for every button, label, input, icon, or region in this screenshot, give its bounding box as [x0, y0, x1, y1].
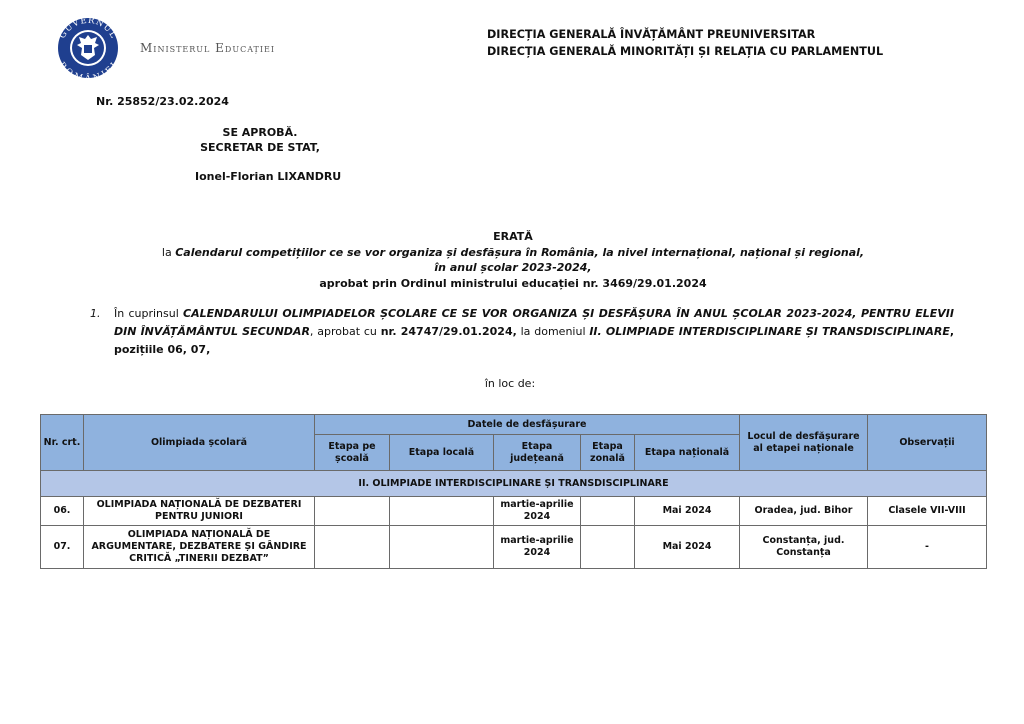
directorate-minoritati: DIRECȚIA GENERALĂ MINORITĂȚI ȘI RELAȚIA … [487, 45, 883, 58]
title-line-1: la Calendarul competițiilor ce se vor or… [40, 245, 986, 261]
header-observatii: Observații [868, 415, 987, 471]
government-seal-logo: GUVERNUL ROMÂNIEI [52, 17, 124, 79]
olympiad-calendar-table: Nr. crt. Olimpiada școlară Datele de des… [40, 414, 987, 569]
header-olimpiada: Olimpiada școlară [84, 415, 315, 471]
section-row: II. OLIMPIADE INTERDISCIPLINARE ȘI TRANS… [41, 471, 987, 497]
paragraph-number: 1. [90, 305, 101, 323]
header-nr: Nr. crt. [41, 415, 84, 471]
header-datele: Datele de desfășurare [315, 415, 740, 435]
cell-observatii: Clasele VII-VIII [868, 497, 987, 526]
instead-of-label: în loc de: [440, 377, 580, 390]
cell-etapa-locala [390, 526, 494, 569]
title-prefix: la [162, 246, 175, 259]
title-italic: Calendarul competițiilor ce se vor organ… [175, 246, 864, 259]
cell-etapa-zonala [581, 497, 635, 526]
ministry-name: Ministerul Educației [140, 41, 275, 55]
cell-locul: Constanța, jud. Constanța [740, 526, 868, 569]
cell-etapa-scoala [315, 526, 390, 569]
cell-olimpiada: OLIMPIADA NAȚIONALĂ DE ARGUMENTARE, DEZB… [84, 526, 315, 569]
domain-name: II. OLIMPIADE INTERDISCIPLINARE ȘI TRANS… [589, 325, 950, 338]
cell-observatii: - [868, 526, 987, 569]
approval-line: SE APROBĂ. [190, 125, 330, 140]
cell-etapa-nationala: Mai 2024 [635, 497, 740, 526]
title-heading: ERATĂ [40, 229, 986, 245]
cell-nr: 06. [41, 497, 84, 526]
signer-name: Ionel-Florian LIXANDRU [195, 170, 341, 183]
text-run: , aprobat cu [310, 325, 381, 338]
cell-etapa-judeteana: martie-aprilie 2024 [494, 526, 581, 569]
cell-etapa-scoala [315, 497, 390, 526]
header-etapa-scoala: Etapa pe școală [315, 435, 390, 471]
secretary-title: SECRETAR DE STAT, [190, 140, 330, 155]
cell-etapa-judeteana: martie-aprilie 2024 [494, 497, 581, 526]
header-etapa-nationala: Etapa națională [635, 435, 740, 471]
approval-block: SE APROBĂ. SECRETAR DE STAT, [190, 125, 330, 155]
text-run: la domeniul [517, 325, 590, 338]
title-line-3: aprobat prin Ordinul ministrului educați… [40, 276, 986, 292]
text-run: În cuprinsul [114, 307, 183, 320]
cell-etapa-zonala [581, 526, 635, 569]
directorate-preuniversitar: DIRECȚIA GENERALĂ ÎNVĂȚĂMÂNT PREUNIVERSI… [487, 28, 815, 41]
paragraph-text: În cuprinsul CALENDARULUI OLIMPIADELOR Ș… [114, 305, 954, 359]
government-of-romania-seal-icon: GUVERNUL ROMÂNIEI [52, 17, 124, 79]
cell-locul: Oradea, jud. Bihor [740, 497, 868, 526]
document-title: ERATĂ la Calendarul competițiilor ce se … [40, 229, 986, 291]
header-locul: Locul de desfășurare al etapei naționale [740, 415, 868, 471]
header-etapa-zonala: Etapa zonală [581, 435, 635, 471]
cell-olimpiada: OLIMPIADA NAȚIONALĂ DE DEZBATERI PENTRU … [84, 497, 315, 526]
table-row: 06. OLIMPIADA NAȚIONALĂ DE DEZBATERI PEN… [41, 497, 987, 526]
table-row: 07. OLIMPIADA NAȚIONALĂ DE ARGUMENTARE, … [41, 526, 987, 569]
header-etapa-judeteana: Etapa județeană [494, 435, 581, 471]
title-line-2: în anul școlar 2023-2024, [40, 260, 986, 276]
cell-nr: 07. [41, 526, 84, 569]
cell-etapa-nationala: Mai 2024 [635, 526, 740, 569]
cell-etapa-locala [390, 497, 494, 526]
registration-number: Nr. 25852/23.02.2024 [96, 95, 229, 108]
order-number: nr. 24747/29.01.2024, [381, 325, 517, 338]
erratum-paragraph: 1. În cuprinsul CALENDARULUI OLIMPIADELO… [90, 305, 954, 359]
header-etapa-locala: Etapa locală [390, 435, 494, 471]
